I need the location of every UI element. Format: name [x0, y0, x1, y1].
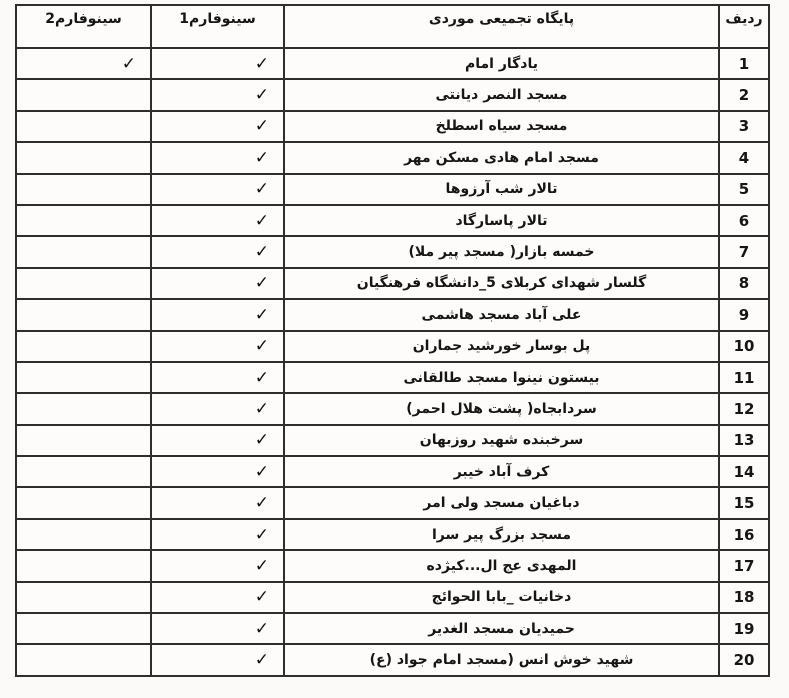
- sinopharm2-check-cell: [16, 550, 151, 581]
- row-number-cell: 19: [719, 613, 769, 644]
- sinopharm1-check-cell: ✓: [151, 456, 284, 487]
- row-number-cell: 10: [719, 331, 769, 362]
- sinopharm1-check-cell: ✓: [151, 236, 284, 267]
- table-row: 7 خمسه بازار( مسجد پیر ملا) ✓: [16, 236, 769, 267]
- site-name-cell: سردابجاه( پشت هلال احمر): [284, 393, 719, 424]
- site-name-cell: مسجد النصر دیانتی: [284, 79, 719, 110]
- sinopharm1-check-cell: ✓: [151, 519, 284, 550]
- row-number-cell: 3: [719, 111, 769, 142]
- sinopharm1-check-cell: ✓: [151, 393, 284, 424]
- site-name-cell: پل بوسار خورشید جماران: [284, 331, 719, 362]
- sinopharm1-check-cell: ✓: [151, 174, 284, 205]
- row-number-cell: 16: [719, 519, 769, 550]
- sinopharm1-check-cell: ✓: [151, 550, 284, 581]
- site-name-cell: گلسار شهدای کربلای 5_دانشگاه فرهنگیان: [284, 268, 719, 299]
- table-row: 15 دباغیان مسجد ولی امر ✓: [16, 487, 769, 518]
- col-header-sinopharm1: سینوفارم1: [151, 5, 284, 48]
- sinopharm2-check-cell: [16, 205, 151, 236]
- sinopharm2-check-cell: [16, 393, 151, 424]
- col-header-site: پایگاه تجمیعی موردی: [284, 5, 719, 48]
- row-number-cell: 2: [719, 79, 769, 110]
- table-row: 12 سردابجاه( پشت هلال احمر) ✓: [16, 393, 769, 424]
- table-row: 11 بیستون نینوا مسجد طالقانی ✓: [16, 362, 769, 393]
- sinopharm1-check-cell: ✓: [151, 331, 284, 362]
- sinopharm2-check-cell: [16, 362, 151, 393]
- site-name-cell: حمیدیان مسجد الغدیر: [284, 613, 719, 644]
- site-name-cell: سرخبنده شهید روزبهان: [284, 425, 719, 456]
- table-row: 14 کرف آباد خیبر ✓: [16, 456, 769, 487]
- col-header-row-number: ردیف: [719, 5, 769, 48]
- row-number-cell: 13: [719, 425, 769, 456]
- row-number-cell: 17: [719, 550, 769, 581]
- table-row: 10 پل بوسار خورشید جماران ✓: [16, 331, 769, 362]
- row-number-cell: 14: [719, 456, 769, 487]
- row-number-cell: 1: [719, 48, 769, 79]
- row-number-cell: 20: [719, 644, 769, 676]
- row-number-cell: 15: [719, 487, 769, 518]
- row-number-cell: 12: [719, 393, 769, 424]
- table-row: 18 دخانیات _بابا الحوائج ✓: [16, 582, 769, 613]
- site-name-cell: دخانیات _بابا الحوائج: [284, 582, 719, 613]
- sinopharm1-check-cell: ✓: [151, 268, 284, 299]
- row-number-cell: 8: [719, 268, 769, 299]
- table-row: 2 مسجد النصر دیانتی ✓: [16, 79, 769, 110]
- sinopharm1-check-cell: ✓: [151, 111, 284, 142]
- sinopharm2-check-cell: [16, 519, 151, 550]
- row-number-cell: 9: [719, 299, 769, 330]
- site-name-cell: شهید خوش انس (مسجد امام جواد (ع): [284, 644, 719, 676]
- sinopharm1-check-cell: ✓: [151, 48, 284, 79]
- row-number-cell: 6: [719, 205, 769, 236]
- sinopharm1-check-cell: ✓: [151, 299, 284, 330]
- sinopharm2-check-cell: [16, 487, 151, 518]
- sinopharm2-check-cell: [16, 331, 151, 362]
- site-name-cell: بیستون نینوا مسجد طالقانی: [284, 362, 719, 393]
- table-row: 8 گلسار شهدای کربلای 5_دانشگاه فرهنگیان …: [16, 268, 769, 299]
- row-number-cell: 5: [719, 174, 769, 205]
- row-number-cell: 7: [719, 236, 769, 267]
- site-name-cell: علی آباد مسجد هاشمی: [284, 299, 719, 330]
- table-row: 3 مسجد سیاه اسطلخ ✓: [16, 111, 769, 142]
- sinopharm2-check-cell: [16, 456, 151, 487]
- sinopharm2-check-cell: [16, 142, 151, 173]
- sinopharm1-check-cell: ✓: [151, 613, 284, 644]
- sinopharm2-check-cell: [16, 613, 151, 644]
- site-name-cell: المهدی عج ال...کیژده: [284, 550, 719, 581]
- sinopharm1-check-cell: ✓: [151, 142, 284, 173]
- vaccination-sites-table: ردیف پایگاه تجمیعی موردی سینوفارم1 سینوف…: [15, 4, 770, 677]
- row-number-cell: 18: [719, 582, 769, 613]
- site-name-cell: یادگار امام: [284, 48, 719, 79]
- header-row: ردیف پایگاه تجمیعی موردی سینوفارم1 سینوف…: [16, 5, 769, 48]
- row-number-cell: 4: [719, 142, 769, 173]
- table-row: 13 سرخبنده شهید روزبهان ✓: [16, 425, 769, 456]
- sinopharm2-check-cell: [16, 582, 151, 613]
- sinopharm2-check-cell: [16, 299, 151, 330]
- table-row: 16 مسجد بزرگ پیر سرا ✓: [16, 519, 769, 550]
- table-row: 20 شهید خوش انس (مسجد امام جواد (ع) ✓: [16, 644, 769, 676]
- table-row: 19 حمیدیان مسجد الغدیر ✓: [16, 613, 769, 644]
- col-header-sinopharm2: سینوفارم2: [16, 5, 151, 48]
- sinopharm2-check-cell: [16, 236, 151, 267]
- row-number-cell: 11: [719, 362, 769, 393]
- sinopharm1-check-cell: ✓: [151, 582, 284, 613]
- table-row: 6 تالار پاسارگاد ✓: [16, 205, 769, 236]
- site-name-cell: مسجد سیاه اسطلخ: [284, 111, 719, 142]
- sinopharm1-check-cell: ✓: [151, 487, 284, 518]
- sinopharm1-check-cell: ✓: [151, 425, 284, 456]
- sinopharm1-check-cell: ✓: [151, 362, 284, 393]
- document-page: ردیف پایگاه تجمیعی موردی سینوفارم1 سینوف…: [0, 0, 789, 698]
- site-name-cell: دباغیان مسجد ولی امر: [284, 487, 719, 518]
- site-name-cell: مسجد امام هادی مسکن مهر: [284, 142, 719, 173]
- table-row: 9 علی آباد مسجد هاشمی ✓: [16, 299, 769, 330]
- sinopharm2-check-cell: [16, 79, 151, 110]
- site-name-cell: مسجد بزرگ پیر سرا: [284, 519, 719, 550]
- table-row: 4 مسجد امام هادی مسکن مهر ✓: [16, 142, 769, 173]
- sinopharm2-check-cell: [16, 425, 151, 456]
- sinopharm1-check-cell: ✓: [151, 644, 284, 676]
- sinopharm2-check-cell: [16, 268, 151, 299]
- table-row: 17 المهدی عج ال...کیژده ✓: [16, 550, 769, 581]
- table-row: 1 یادگار امام ✓ ✓: [16, 48, 769, 79]
- sinopharm2-check-cell: [16, 644, 151, 676]
- site-name-cell: کرف آباد خیبر: [284, 456, 719, 487]
- sinopharm1-check-cell: ✓: [151, 79, 284, 110]
- table-row: 5 تالار شب آرزوها ✓: [16, 174, 769, 205]
- sinopharm1-check-cell: ✓: [151, 205, 284, 236]
- site-name-cell: تالار شب آرزوها: [284, 174, 719, 205]
- sinopharm2-check-cell: [16, 174, 151, 205]
- site-name-cell: خمسه بازار( مسجد پیر ملا): [284, 236, 719, 267]
- sinopharm2-check-cell: [16, 111, 151, 142]
- site-name-cell: تالار پاسارگاد: [284, 205, 719, 236]
- sinopharm2-check-cell: ✓: [16, 48, 151, 79]
